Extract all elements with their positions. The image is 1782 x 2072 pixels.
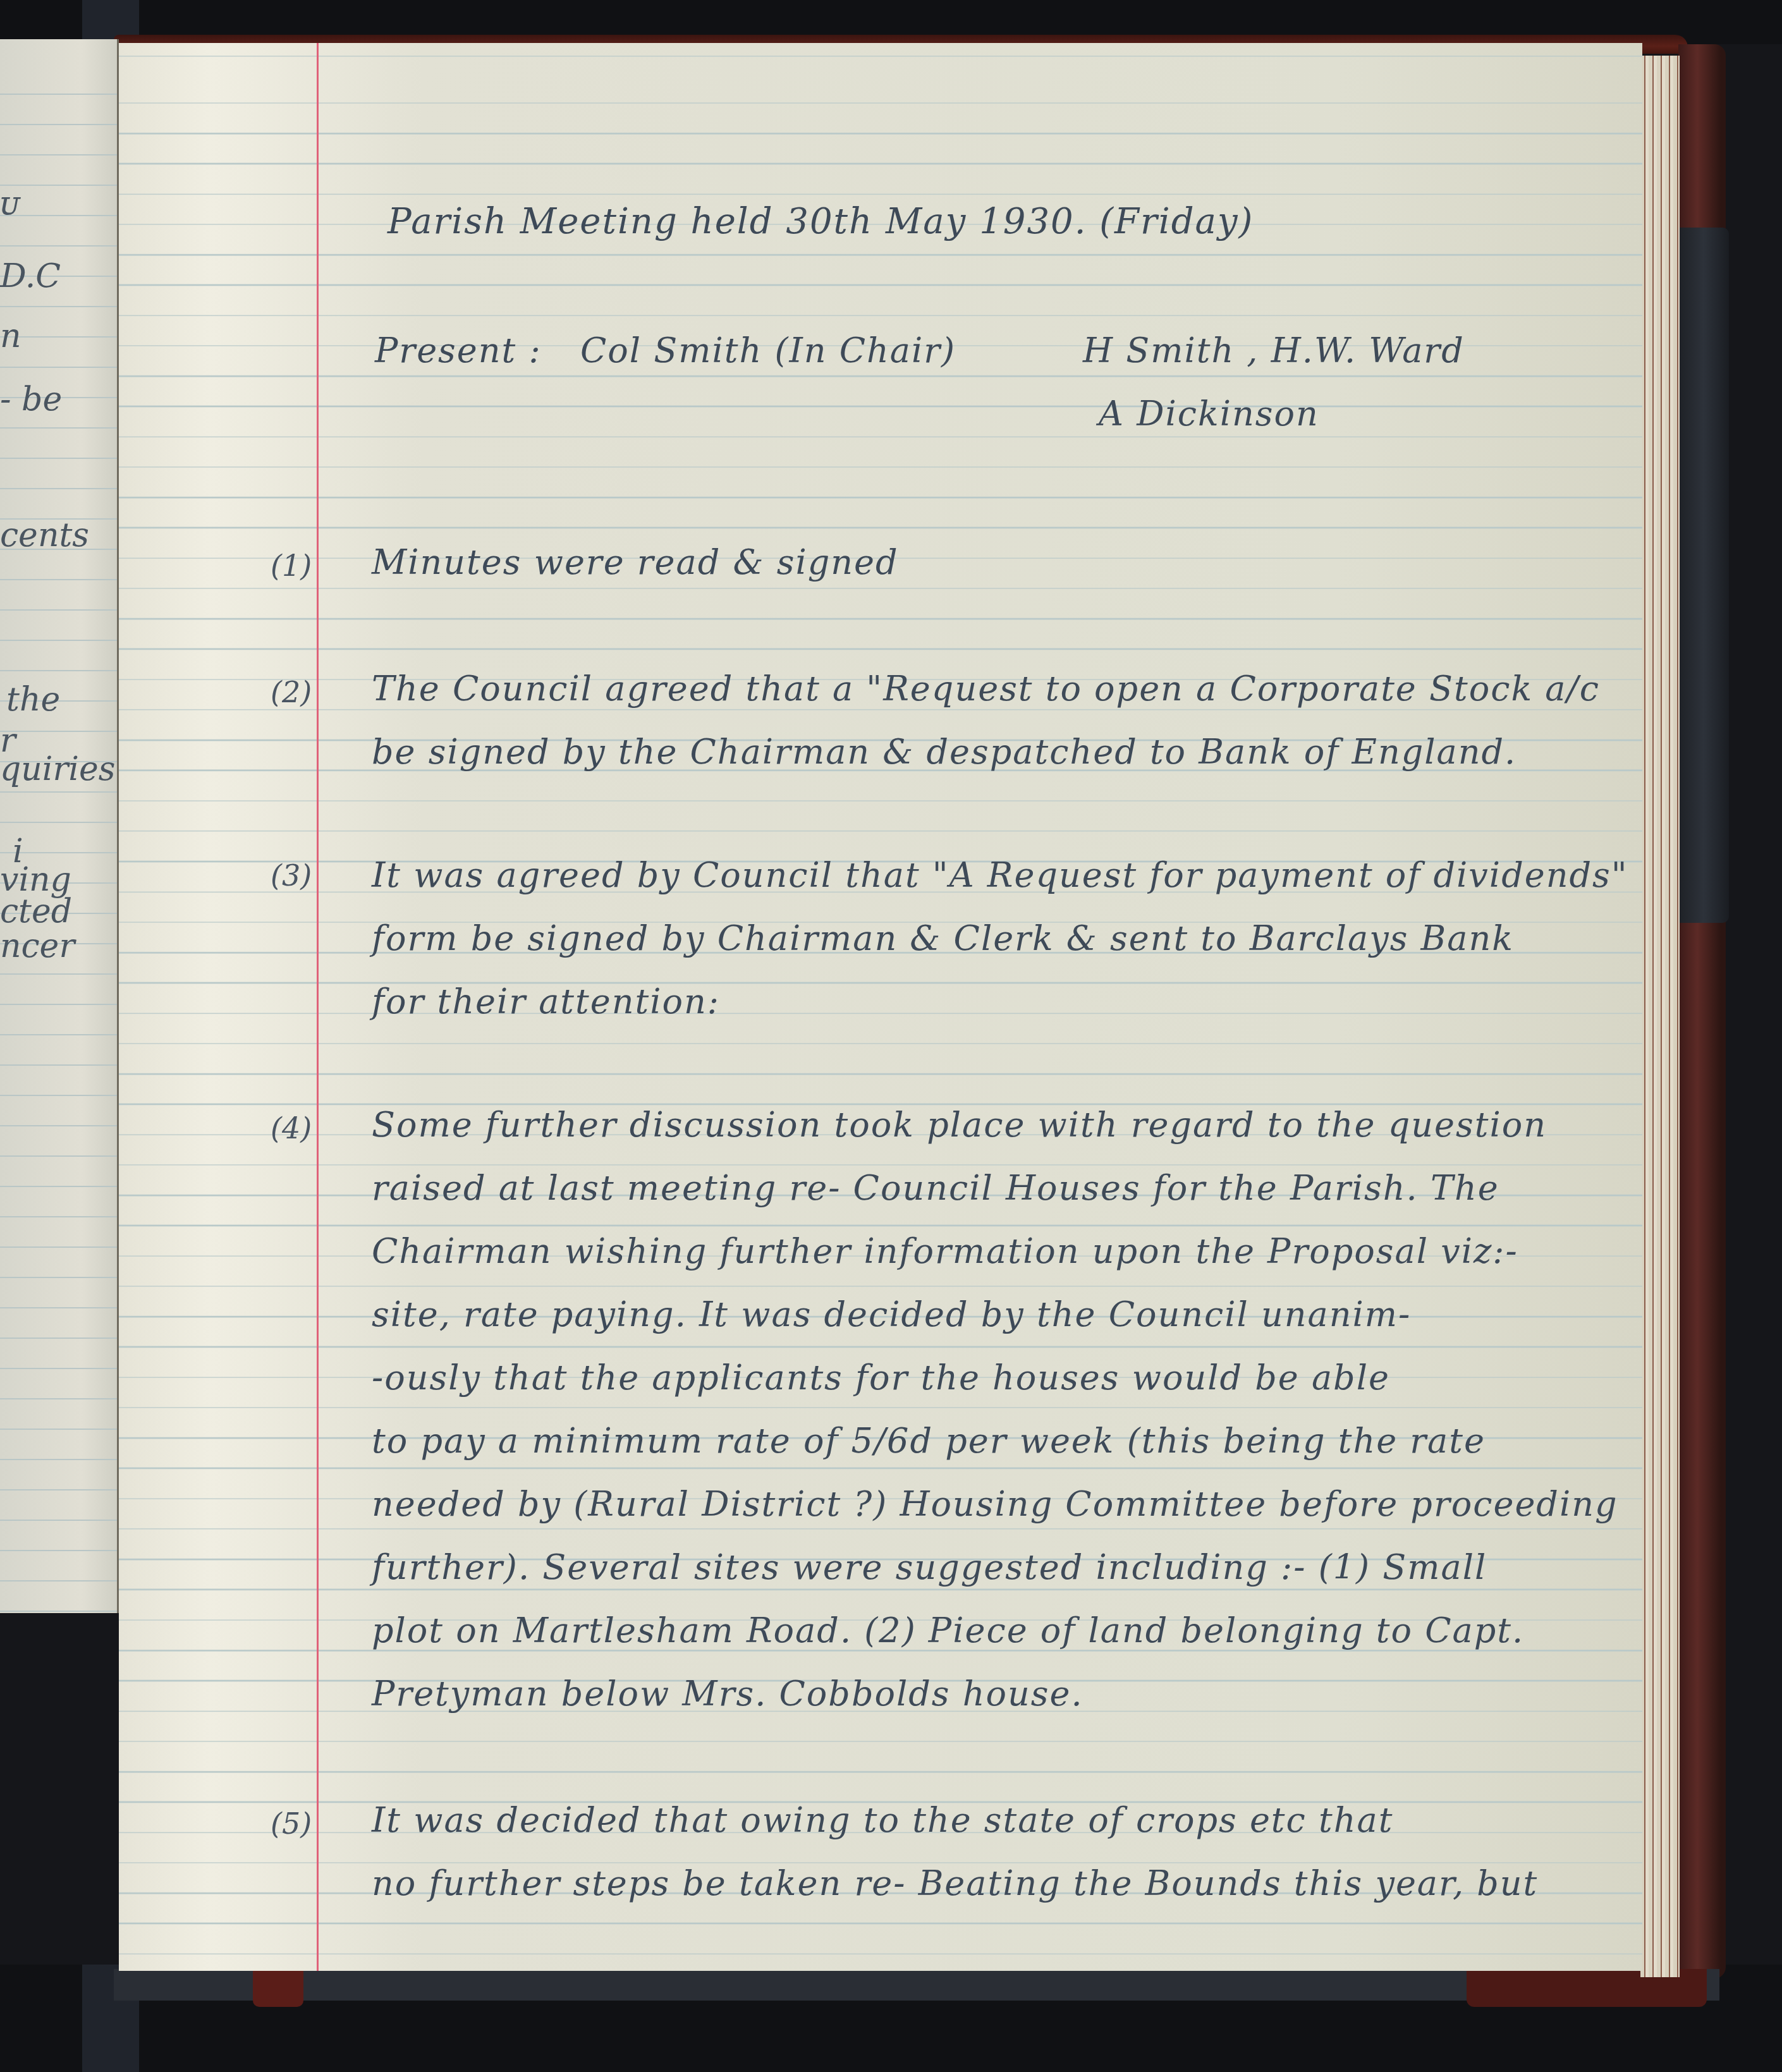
item-text-line: Minutes were read & signed	[372, 542, 899, 582]
right-page: Parish Meeting held 30th May 1930. (Frid…	[119, 43, 1642, 1971]
present-members-line2: A Dickinson	[1099, 394, 1319, 434]
meeting-title: Parish Meeting held 30th May 1930. (Frid…	[388, 201, 1254, 242]
item-number: (3)	[271, 858, 312, 893]
item-text-line: Chairman wishing further information upo…	[372, 1231, 1518, 1271]
left-page-fragment: the	[6, 681, 60, 719]
left-page-fragment: quiries	[0, 750, 115, 788]
item-text-line: needed by (Rural District ?) Housing Com…	[372, 1484, 1618, 1524]
left-page-fragment: ᴜ	[0, 185, 19, 222]
item-number: (2)	[271, 675, 312, 709]
item-text-line: The Council agreed that a "Request to op…	[372, 669, 1600, 709]
present-label: Present :	[375, 331, 542, 370]
item-text-line: It was decided that owing to the state o…	[372, 1800, 1393, 1840]
left-page-fragment: cted	[0, 893, 72, 930]
present-members: H Smith , H.W. Ward	[1083, 331, 1465, 370]
item-text-line: further). Several sites were suggested i…	[372, 1547, 1487, 1587]
item-text-line: -ously that the applicants for the house…	[372, 1358, 1390, 1398]
left-page-fragment: D.C	[0, 257, 61, 295]
item-text-line: plot on Martlesham Road. (2) Piece of la…	[372, 1611, 1524, 1650]
item-number: (4)	[271, 1111, 312, 1145]
item-text-line: no further steps be taken re- Beating th…	[372, 1863, 1538, 1903]
item-text-line: Pretyman below Mrs. Cobbolds house.	[372, 1674, 1083, 1714]
left-page-fragment: - be	[0, 381, 62, 418]
item-text-line: site, rate paying. It was decided by the…	[372, 1295, 1411, 1334]
red-margin-line	[317, 43, 319, 1971]
item-text-line: form be signed by Chairman & Clerk & sen…	[372, 918, 1514, 958]
left-page-fragment: ncer	[0, 927, 75, 965]
left-page: ᴜ D.C n - be cents the r quiries i ving …	[0, 39, 119, 1613]
item-number: (1)	[271, 549, 312, 583]
left-page-fragment: n	[0, 317, 21, 355]
item-text-line: to pay a minimum rate of 5/6d per week (…	[372, 1421, 1486, 1461]
item-number: (5)	[271, 1807, 312, 1841]
item-text-line: Some further discussion took place with …	[372, 1105, 1547, 1145]
left-page-fragment: cents	[0, 516, 89, 554]
book-corner-leather	[253, 1969, 303, 2007]
item-text-line: for their attention:	[372, 982, 720, 1021]
item-text-line: It was agreed by Council that "A Request…	[372, 855, 1628, 895]
item-text-line: be signed by the Chairman & despatched t…	[372, 732, 1517, 772]
present-chair: Col Smith (In Chair)	[580, 331, 956, 370]
page-edges-stack	[1640, 56, 1680, 1977]
item-text-line: raised at last meeting re- Council House…	[372, 1168, 1499, 1208]
book-spine-cloth-band	[1678, 228, 1729, 923]
